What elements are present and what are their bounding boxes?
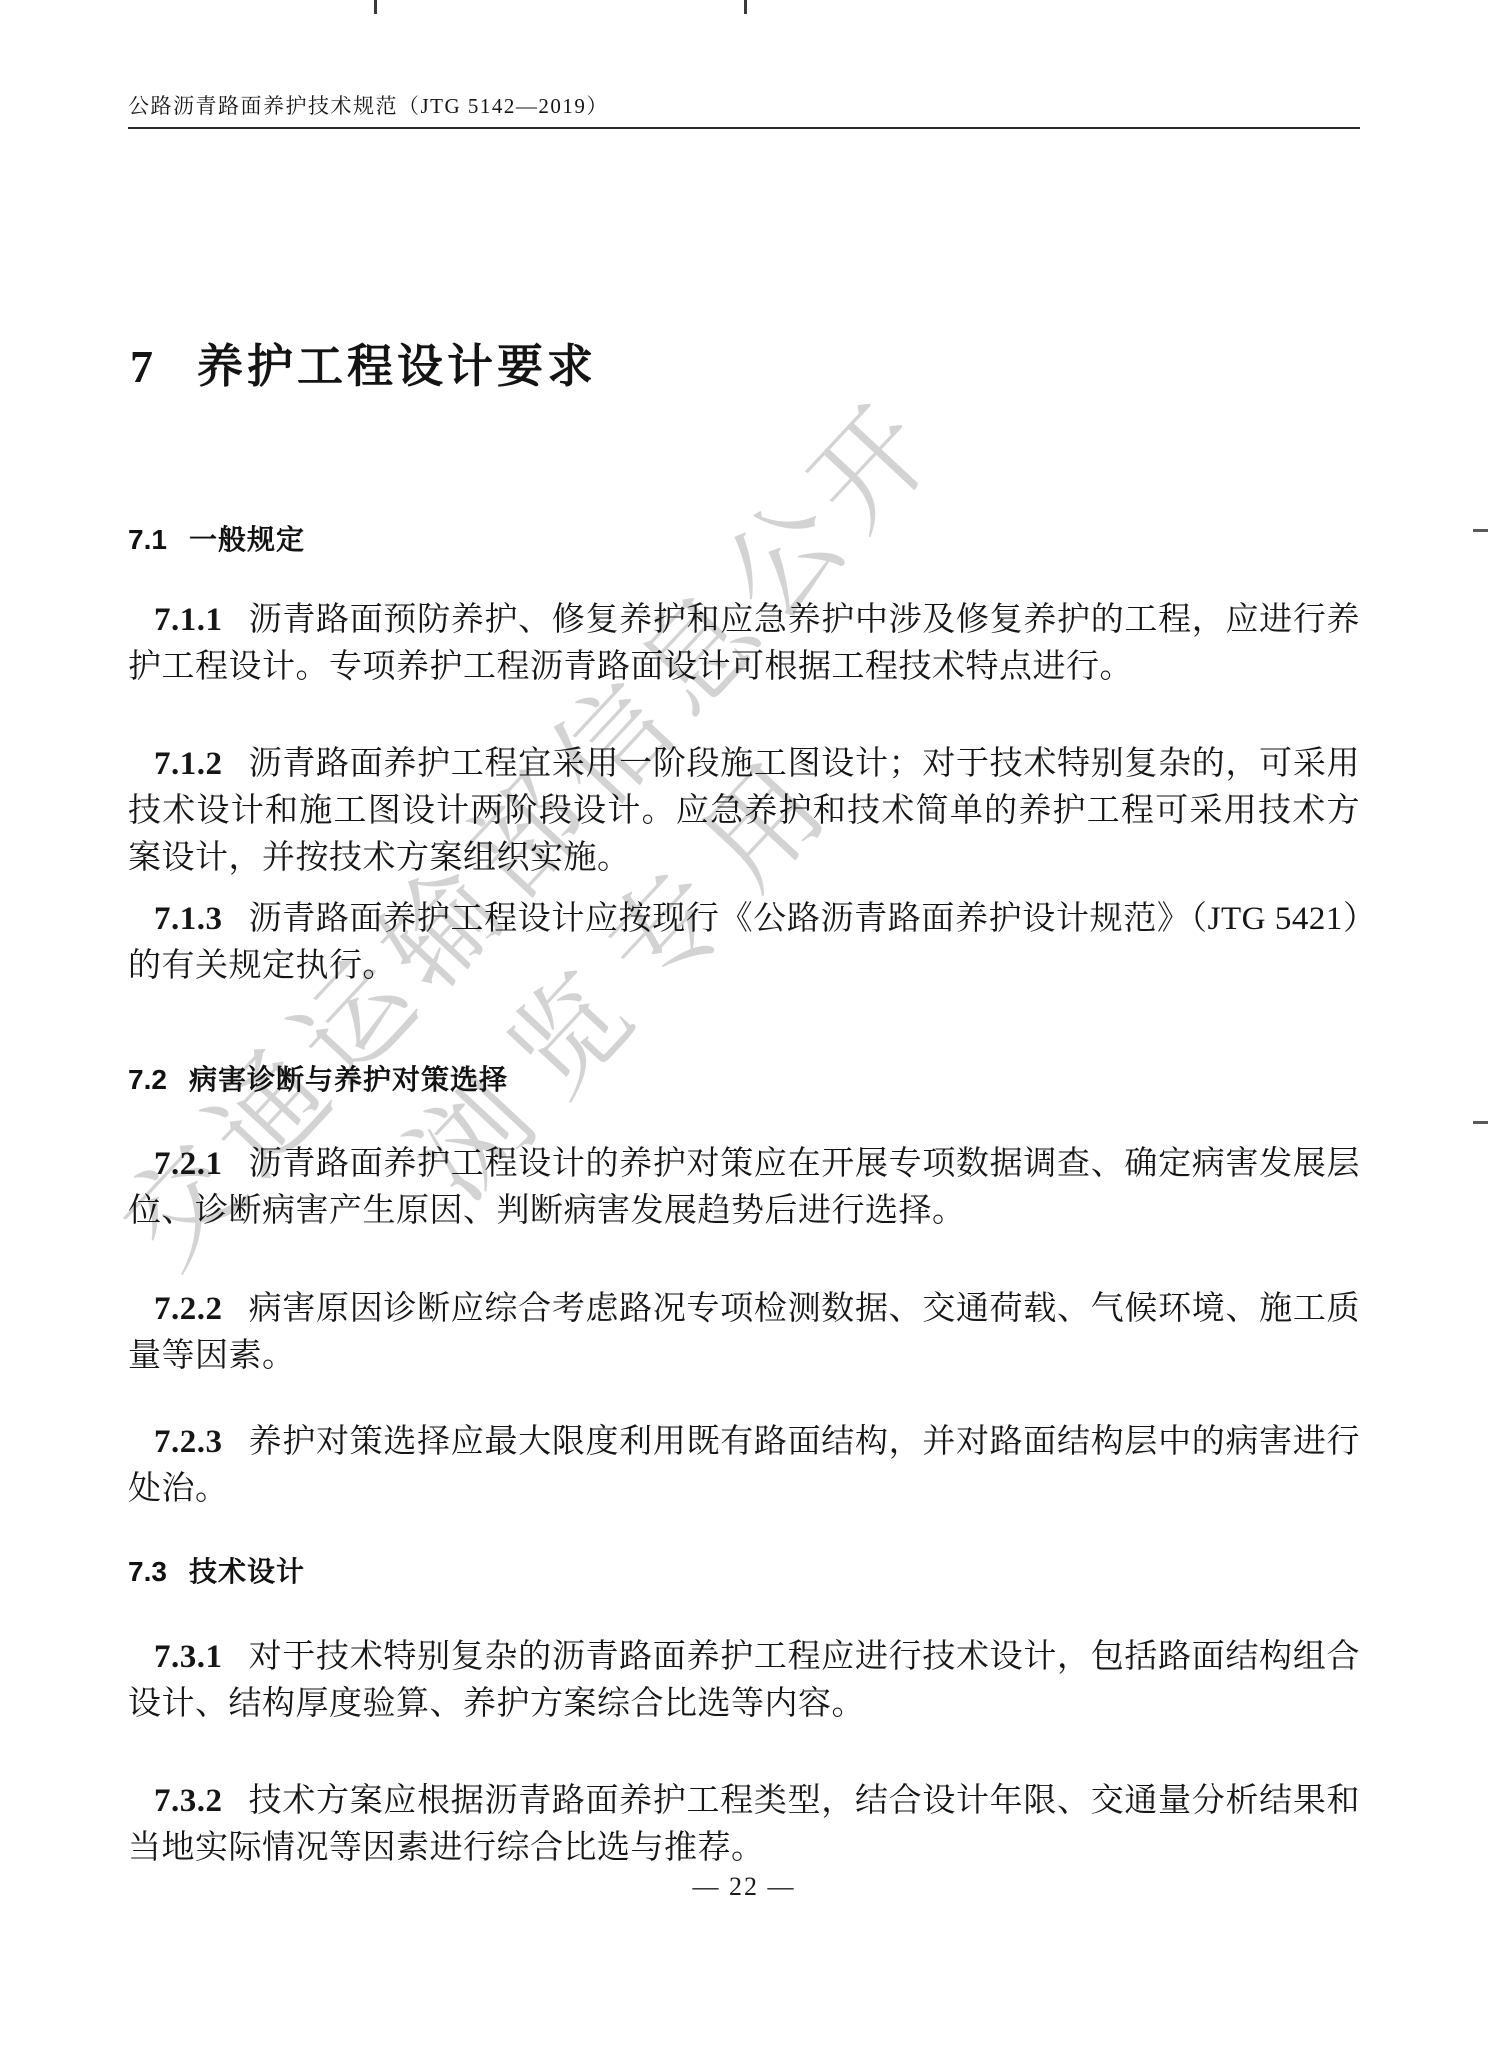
chapter-text: 养护工程设计要求: [197, 341, 597, 392]
clause-text: 对于技术特别复杂的沥青路面养护工程应进行技术设计，包括路面结构组合设计、结构厚度…: [128, 1639, 1360, 1722]
clause-number: 7.3.1: [154, 1639, 223, 1675]
section-number: 7.1: [128, 524, 167, 555]
clause-7-1-1: 7.1.1沥青路面预防养护、修复养护和应急养护中涉及修复养护的工程，应进行养护工…: [128, 597, 1360, 691]
clause-7-1-3: 7.1.3沥青路面养护工程设计应按现行《公路沥青路面养护设计规范》（JTG 54…: [128, 896, 1360, 990]
running-header: 公路沥青路面养护技术规范（JTG 5142—2019）: [128, 90, 609, 120]
clause-text: 沥青路面预防养护、修复养护和应急养护中涉及修复养护的工程，应进行养护工程设计。专…: [128, 602, 1360, 685]
clause-number: 7.1.1: [154, 602, 223, 638]
clause-7-3-1: 7.3.1对于技术特别复杂的沥青路面养护工程应进行技术设计，包括路面结构组合设计…: [128, 1634, 1360, 1728]
page-number: — 22 —: [128, 1872, 1360, 1902]
clause-number: 7.2.1: [154, 1146, 223, 1182]
document-page: 交通运输部信息公开 浏览专用 公路沥青路面养护技术规范（JTG 5142—201…: [0, 0, 1488, 2054]
chapter-title: 7养护工程设计要求: [130, 330, 597, 396]
clause-number: 7.2.3: [154, 1424, 223, 1460]
section-number: 7.2: [128, 1064, 167, 1095]
chapter-number: 7: [130, 341, 153, 392]
clause-text: 沥青路面养护工程设计的养护对策应在开展专项数据调查、确定病害发展层位、诊断病害产…: [128, 1146, 1360, 1229]
clause-number: 7.1.3: [154, 901, 223, 937]
section-title: 技术设计: [189, 1556, 305, 1587]
clause-text: 技术方案应根据沥青路面养护工程类型，结合设计年限、交通量分析结果和当地实际情况等…: [128, 1783, 1360, 1866]
section-heading-7-1: 7.1一般规定: [128, 518, 305, 558]
section-title: 病害诊断与养护对策选择: [189, 1064, 508, 1095]
page-content: 公路沥青路面养护技术规范（JTG 5142—2019） 7养护工程设计要求 7.…: [0, 0, 1488, 2054]
clause-text: 沥青路面养护工程宜采用一阶段施工图设计；对于技术特别复杂的，可采用技术设计和施工…: [128, 746, 1360, 876]
clause-7-2-1: 7.2.1沥青路面养护工程设计的养护对策应在开展专项数据调查、确定病害发展层位、…: [128, 1141, 1360, 1235]
section-number: 7.3: [128, 1556, 167, 1587]
clause-number: 7.2.2: [154, 1291, 223, 1327]
clause-text: 沥青路面养护工程设计应按现行《公路沥青路面养护设计规范》（JTG 5421）的有…: [128, 901, 1360, 984]
clause-number: 7.3.2: [154, 1783, 223, 1819]
section-heading-7-3: 7.3技术设计: [128, 1550, 305, 1590]
clause-7-2-2: 7.2.2病害原因诊断应综合考虑路况专项检测数据、交通荷载、气候环境、施工质量等…: [128, 1286, 1360, 1380]
clause-7-3-2: 7.3.2技术方案应根据沥青路面养护工程类型，结合设计年限、交通量分析结果和当地…: [128, 1778, 1360, 1872]
header-rule: [128, 127, 1360, 129]
section-heading-7-2: 7.2病害诊断与养护对策选择: [128, 1058, 508, 1098]
clause-text: 病害原因诊断应综合考虑路况专项检测数据、交通荷载、气候环境、施工质量等因素。: [128, 1291, 1360, 1374]
clause-7-1-2: 7.1.2沥青路面养护工程宜采用一阶段施工图设计；对于技术特别复杂的，可采用技术…: [128, 741, 1360, 882]
clause-number: 7.1.2: [154, 746, 223, 782]
section-title: 一般规定: [189, 524, 305, 555]
clause-7-2-3: 7.2.3养护对策选择应最大限度利用既有路面结构，并对路面结构层中的病害进行处治…: [128, 1419, 1360, 1513]
clause-text: 养护对策选择应最大限度利用既有路面结构，并对路面结构层中的病害进行处治。: [128, 1424, 1360, 1507]
